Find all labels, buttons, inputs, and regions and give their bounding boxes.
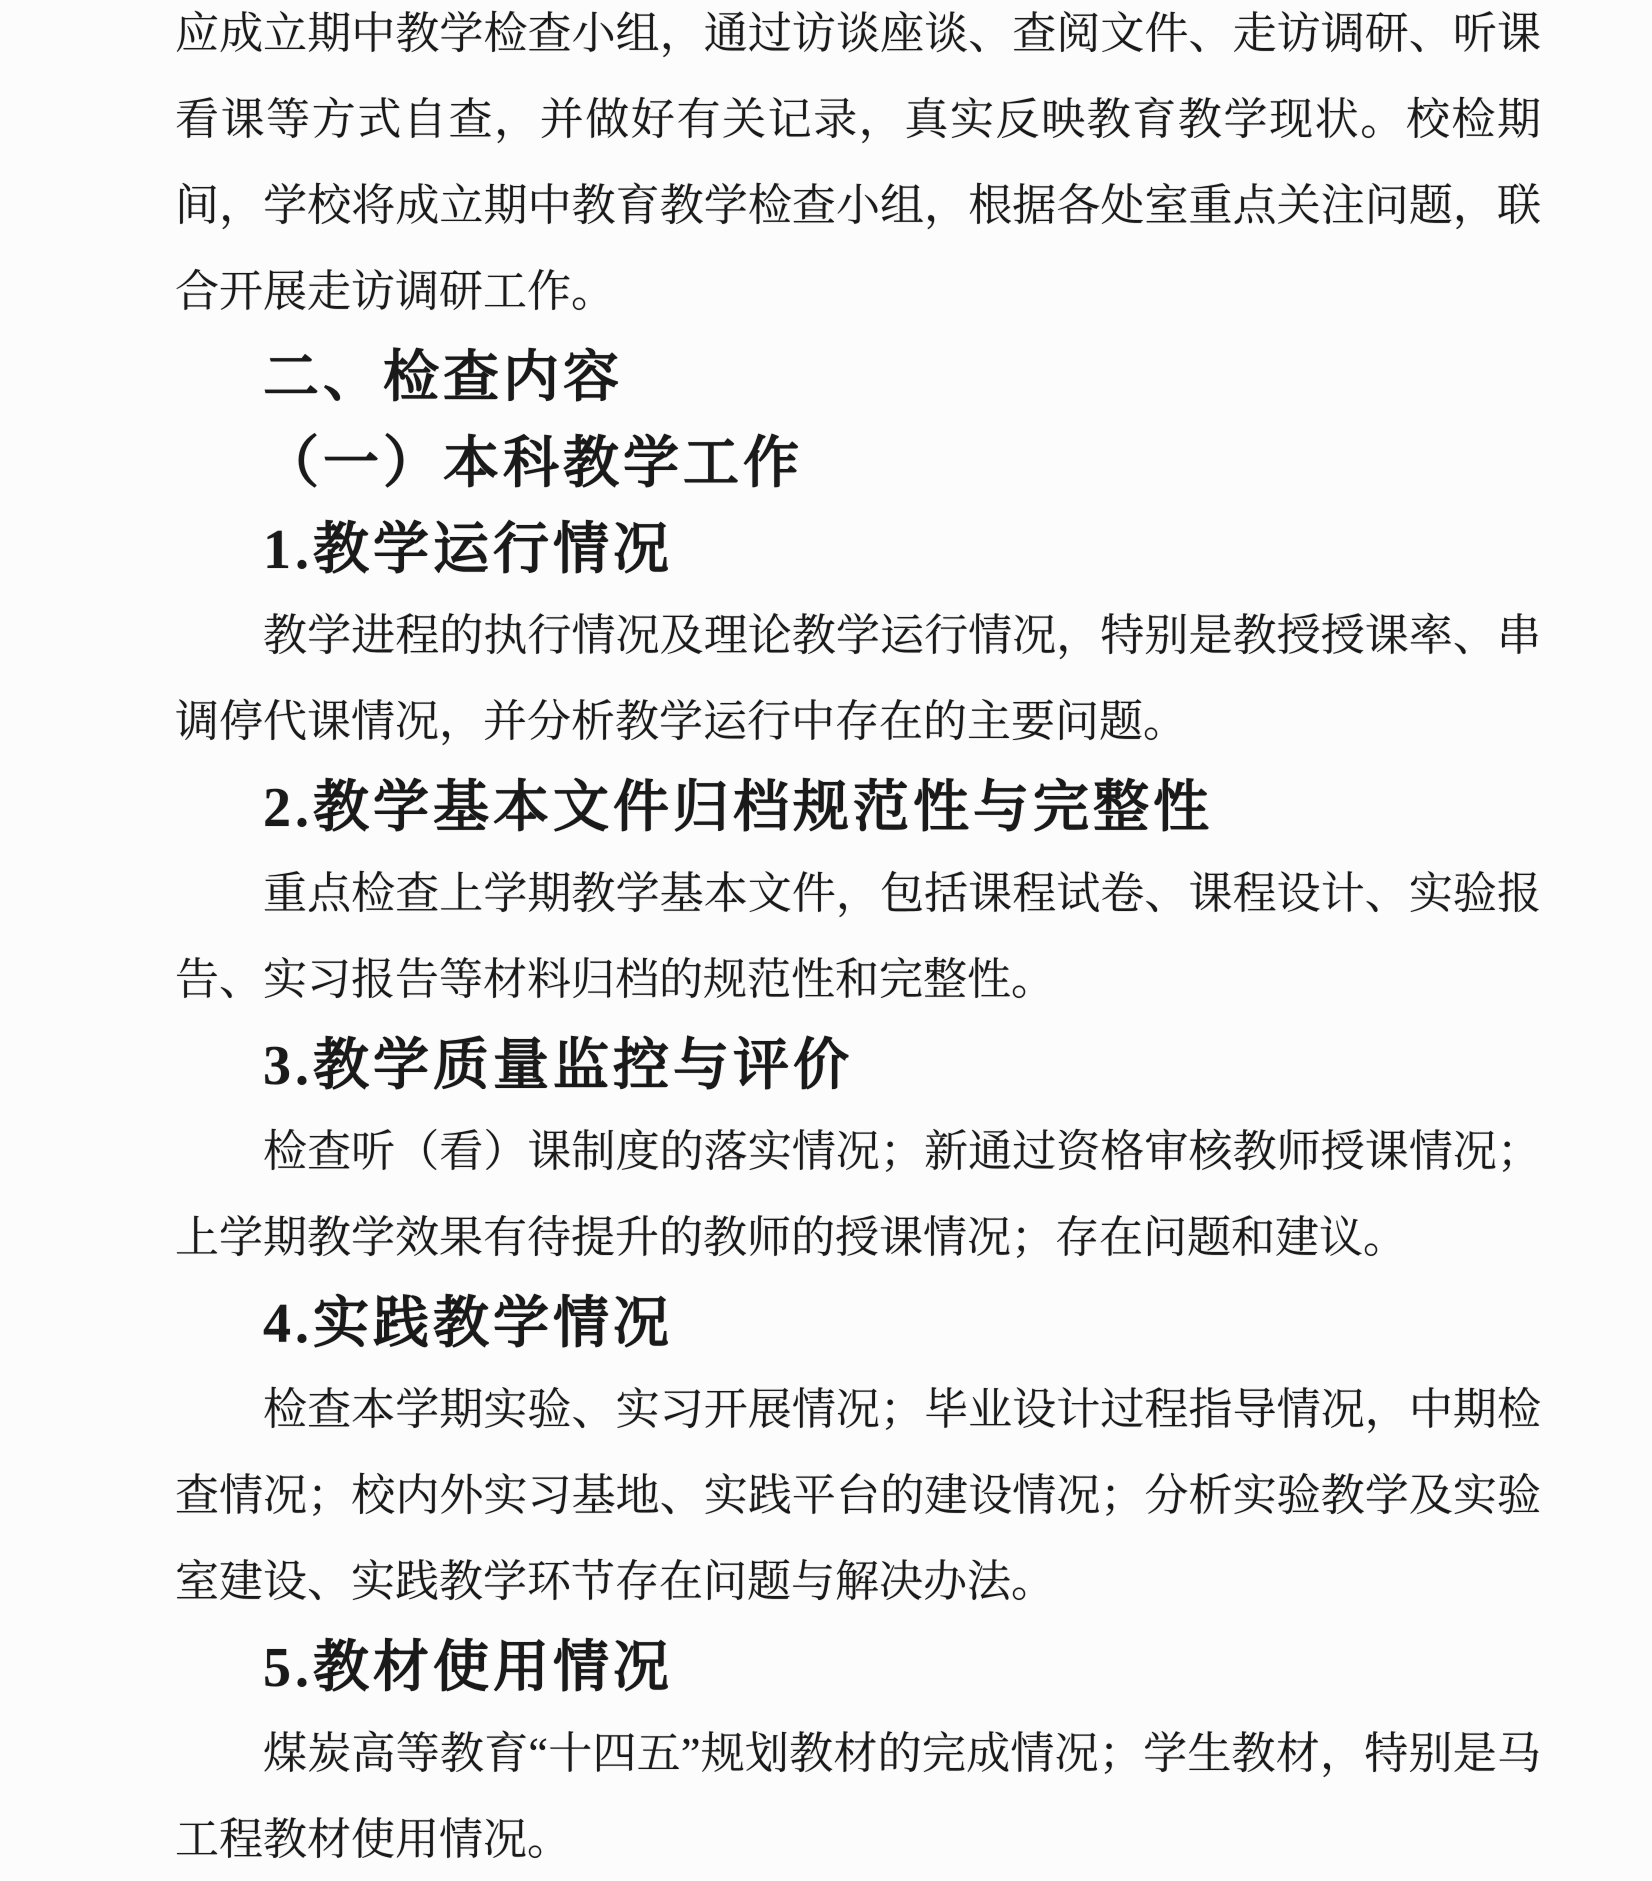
body-paragraph: 重点检查上学期教学基本文件，包括课程试卷、课程设计、实验报告、实习报告等材料归档… [175,851,1541,1023]
body-paragraph: 应成立期中教学检查小组，通过访谈座谈、查阅文件、走访调研、听课看课等方式自查，并… [175,0,1541,335]
body-paragraph: 教学进程的执行情况及理论教学运行情况，特别是教授授课率、串调停代课情况，并分析教… [175,593,1541,765]
section-heading-level-3: 1.教学运行情况 [175,507,1541,593]
document-page: 应成立期中教学检查小组，通过访谈座谈、查阅文件、走访调研、听课看课等方式自查，并… [0,0,1652,1881]
body-paragraph: 检查听（看）课制度的落实情况；新通过资格审核教师授课情况；上学期教学效果有待提升… [175,1109,1541,1281]
section-heading-level-3: 3.教学质量监控与评价 [175,1023,1541,1109]
body-paragraph: 检查本学期实验、实习开展情况；毕业设计过程指导情况，中期检查情况；校内外实习基地… [175,1367,1541,1625]
body-paragraph: 煤炭高等教育“十四五”规划教材的完成情况；学生教材，特别是马工程教材使用情况。 [175,1711,1541,1881]
section-heading-level-1: 二、检查内容 [175,335,1541,421]
section-heading-level-3: 5.教材使用情况 [175,1625,1541,1711]
section-heading-level-2: （一）本科教学工作 [175,421,1541,507]
section-heading-level-3: 4.实践教学情况 [175,1281,1541,1367]
document-text-block: 应成立期中教学检查小组，通过访谈座谈、查阅文件、走访调研、听课看课等方式自查，并… [175,0,1541,1881]
section-heading-level-3: 2.教学基本文件归档规范性与完整性 [175,765,1541,851]
